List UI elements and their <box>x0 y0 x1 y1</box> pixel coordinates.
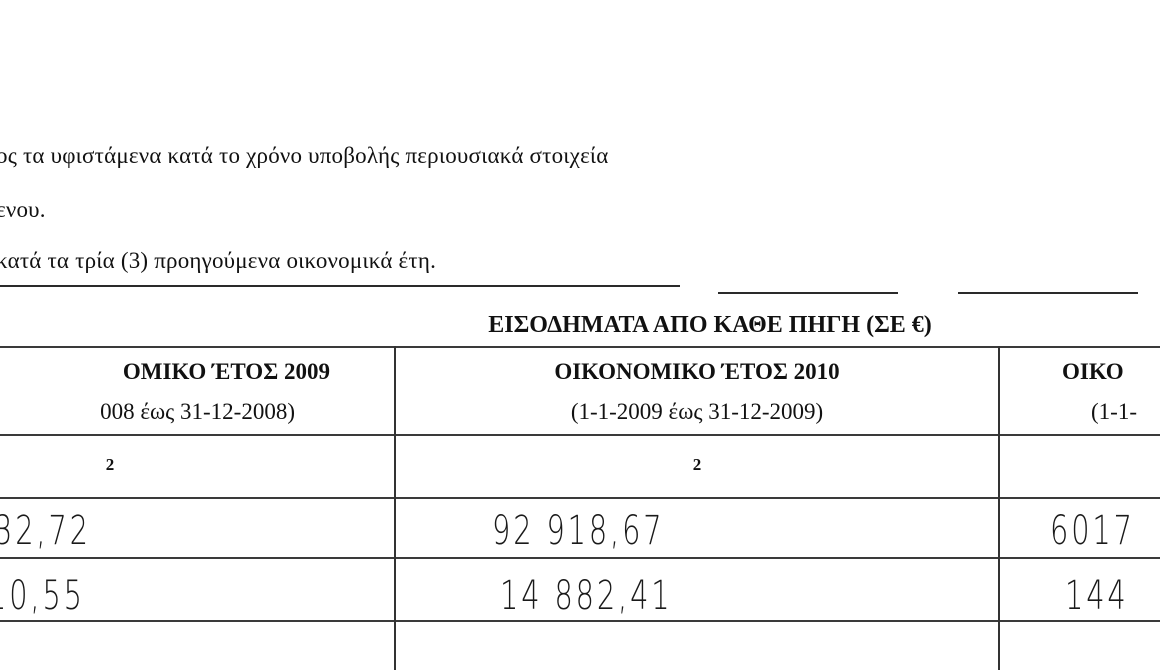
column-3-row-2-value: 144 <box>1065 573 1129 619</box>
blank-fill-line-2 <box>958 292 1138 294</box>
column-2-year-label: ΟΙΚΟΝΟΜΙΚΟ ΈΤΟΣ 2010 <box>396 350 998 394</box>
column-3-period: (1-1- <box>1091 390 1160 434</box>
column-1-number: 2 <box>90 455 130 475</box>
blank-fill-line-1 <box>718 292 898 294</box>
column-1-year-label: ΟΜΙΚΟ ΈΤΟΣ 2009 <box>0 350 330 394</box>
column-1-row-2-value: 10,55 <box>0 573 85 619</box>
header-bottom-border <box>0 434 1160 436</box>
table-title: ΕΙΣΟΔΗΜΑΤΑ ΑΠΟ ΚΑΘΕ ΠΗΓΗ (ΣΕ €) <box>360 312 1060 339</box>
column-1-row-1-value: 32,72 <box>0 508 91 554</box>
column-divider-2 <box>998 346 1000 670</box>
row-1-line <box>0 557 1160 559</box>
column-3-year-label: ΟΙΚΟ <box>1062 350 1160 394</box>
column-1-period: 008 έως 31-12-2008) <box>0 390 295 434</box>
column-3-row-1-value: 6017 <box>1050 508 1135 554</box>
instruction-line-1: ος τα υφιστάμενα κατά το χρόνο υποβολής … <box>0 143 609 169</box>
instruction-line-2: ενου. <box>0 197 46 223</box>
column-2-row-2-value: 14 882,41 <box>500 573 672 619</box>
instruction-line-3: κατά τα τρία (3) προηγούμενα οικονομικά … <box>0 248 436 274</box>
column-2-row-1-value: 92 918,67 <box>492 508 664 554</box>
row-2-line <box>0 620 1160 622</box>
column-2-number: 2 <box>677 455 717 475</box>
column-number-row-border <box>0 497 1160 499</box>
instruction-underline <box>0 285 680 287</box>
column-2-period: (1-1-2009 έως 31-12-2009) <box>396 390 998 434</box>
table-top-border <box>0 346 1160 348</box>
